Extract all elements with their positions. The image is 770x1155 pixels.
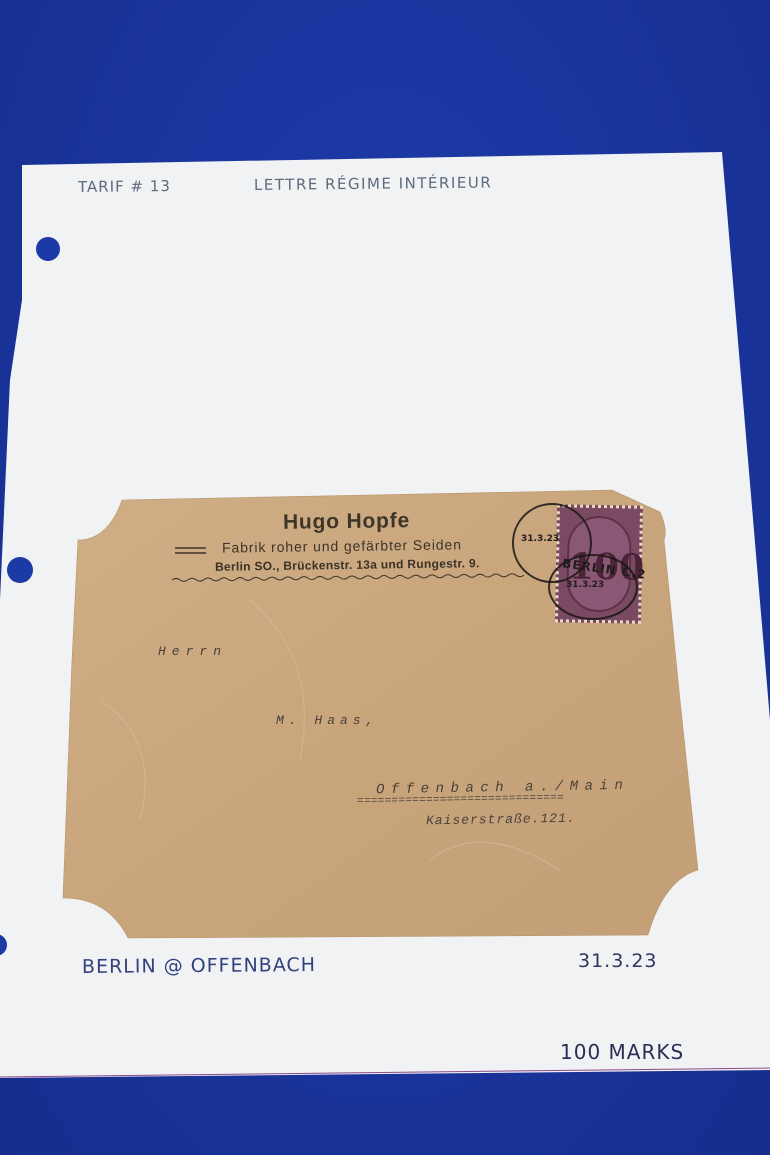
postmark-date: 31.3.23 [521, 534, 559, 544]
address-recipient: M. Haas, [276, 713, 378, 728]
route-label: BERLIN @ OFFENBACH [82, 954, 316, 978]
address-salutation: Herrn [158, 644, 227, 659]
address-street: Kaiserstraße.121. [426, 811, 576, 829]
sender-name: Hugo Hopfe [283, 509, 410, 535]
postage-rate-label: 100 MARKS [560, 1040, 684, 1064]
envelope [0, 0, 770, 1155]
photo: TARIF # 13 LETTRE RÉGIME INTÉRIEUR Hugo … [0, 0, 770, 1155]
date-label: 31.3.23 [578, 950, 658, 972]
sender-business: Fabrik roher und gefärbter Seiden [222, 536, 462, 555]
postmark-date: 31.3.23 [566, 580, 604, 590]
